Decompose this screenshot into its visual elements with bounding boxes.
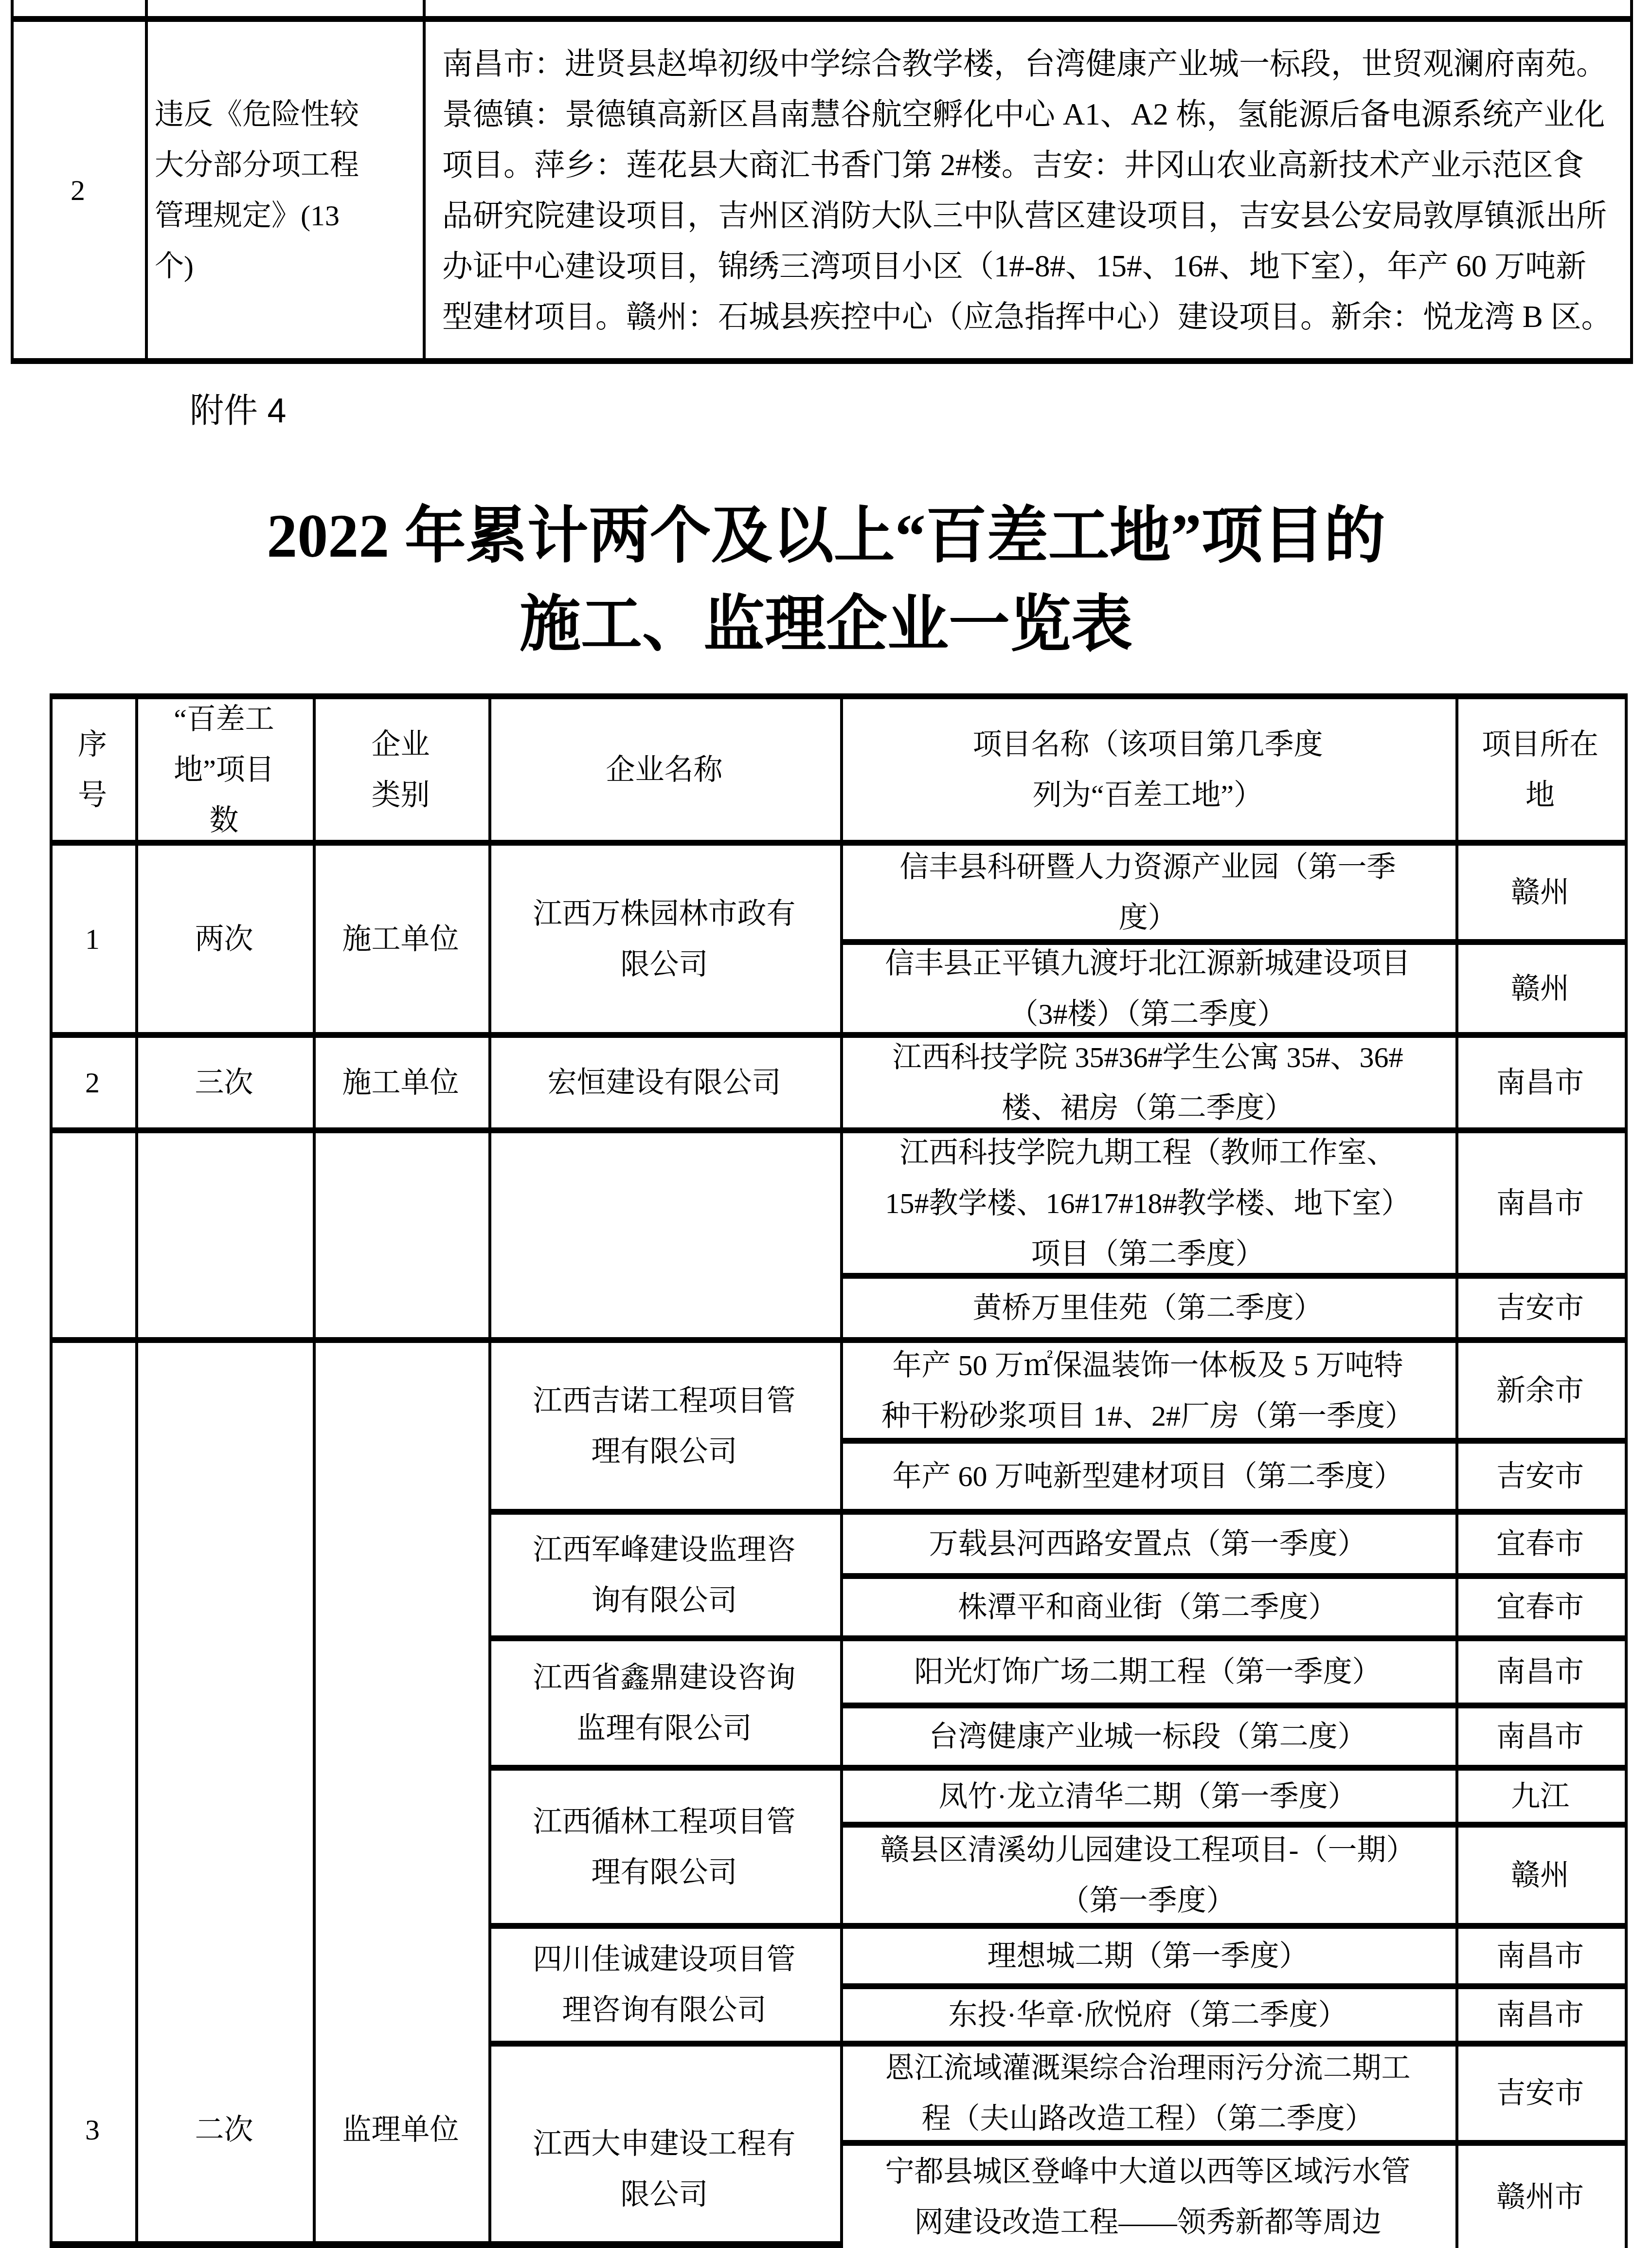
project-cell: 株潭平和商业街（第二季度） — [843, 1579, 1453, 1635]
category-cell — [316, 1133, 485, 1337]
count-value: 三次 — [195, 1057, 253, 1108]
document-page: 2 违反《危险性较大分部分项工程管理规定》(13 个) 南昌市：进贤县赵埠初级中… — [0, 0, 1652, 2248]
category-cell: 施工单位 — [316, 846, 485, 1032]
location-value: 吉安市 — [1496, 2068, 1584, 2119]
location-cell: 南昌市 — [1458, 1133, 1622, 1273]
category-value: 施工单位 — [342, 1057, 459, 1108]
location-value: 赣州 — [1511, 867, 1569, 918]
grid-line — [11, 358, 1633, 364]
location-cell: 赣州市 — [1458, 2146, 1622, 2248]
seq-cell — [53, 1133, 132, 1337]
project-cell: 东投·华章·欣悦府（第二季度） — [843, 1989, 1453, 2041]
category-value: 监理单位 — [342, 2104, 459, 2155]
project-cell: 江西科技学院 35#36#学生公寓 35#、36#楼、裙房（第二季度） — [843, 1038, 1453, 1127]
project-cell: 宁都县城区登峰中大道以西等区域污水管网建设改造工程——领秀新都等周边 — [843, 2146, 1453, 2248]
project-name: 阳光灯饰广场二期工程（第一季度） — [915, 1647, 1382, 1697]
header-count: “百差工地”项目数 — [163, 694, 285, 846]
grid-line — [50, 693, 1628, 699]
grid-line — [11, 16, 1633, 22]
location-cell: 赣州 — [1458, 1828, 1622, 1923]
grid-line — [840, 1983, 1628, 1989]
header-project-cell: 项目名称（该项目第几季度列为“百差工地”） — [843, 699, 1453, 840]
location-cell: 南昌市 — [1458, 1708, 1622, 1765]
grid-line — [488, 1509, 1628, 1515]
project-name: 黄桥万里佳苑（第二季度） — [973, 1283, 1323, 1333]
project-name: 台湾健康产业城一标段（第二度） — [929, 1711, 1367, 1762]
prev-table-projects-cell: 南昌市：进贤县赵埠初级中学综合教学楼，台湾健康产业城一标段，世贸观澜府南苑。景德… — [426, 22, 1627, 358]
count-cell: 两次 — [138, 846, 310, 1032]
location-value: 赣州 — [1511, 963, 1569, 1014]
location-value: 南昌市 — [1496, 1647, 1584, 1697]
location-value: 南昌市 — [1496, 1178, 1584, 1229]
location-value: 宜春市 — [1496, 1519, 1584, 1569]
header-category-cell: 企业类别 — [316, 699, 485, 840]
grid-line — [840, 1573, 1628, 1579]
company-name: 江西军峰建设监理咨询有限公司 — [529, 1524, 799, 1626]
grid-line — [488, 1765, 1628, 1771]
prev-table-row-number-cell: 2 — [14, 22, 142, 358]
location-value: 南昌市 — [1496, 1711, 1584, 1762]
project-name: 年产 60 万吨新型建材项目（第二季度） — [893, 1451, 1403, 1502]
header-project: 项目名称（该项目第几季度列为“百差工地”） — [961, 719, 1335, 820]
company-cell — [491, 1133, 837, 1337]
location-value: 南昌市 — [1496, 1990, 1584, 2040]
company-name: 江西万株园林市政有限公司 — [529, 888, 799, 990]
location-cell: 南昌市 — [1458, 1038, 1622, 1127]
project-cell: 理想城二期（第一季度） — [843, 1929, 1453, 1983]
location-cell: 南昌市 — [1458, 1641, 1622, 1703]
location-cell: 南昌市 — [1458, 1989, 1622, 2041]
company-cell: 江西省鑫鼎建设咨询监理有限公司 — [491, 1641, 837, 1765]
project-name: 信丰县科研暨人力资源产业园（第一季度） — [880, 842, 1416, 943]
company-cell: 江西循林工程项目管理有限公司 — [491, 1771, 837, 1923]
project-cell: 信丰县正平镇九渡圩北江源新城建设项目（3#楼）（第二季度） — [843, 945, 1453, 1032]
project-cell: 黄桥万里佳苑（第二季度） — [843, 1279, 1453, 1337]
location-cell: 赣州 — [1458, 945, 1622, 1032]
project-cell: 年产 50 万㎡保温装饰一体板及 5 万吨特种干粉砂浆项目 1#、2#厂房（第一… — [843, 1343, 1453, 1438]
prev-table-row-number: 2 — [71, 165, 85, 216]
location-value: 新余市 — [1496, 1365, 1584, 1416]
company-name: 江西大申建设工程有限公司 — [529, 2119, 799, 2220]
header-seq-cell: 序号 — [53, 699, 132, 840]
project-name: 宁都县城区登峰中大道以西等区域污水管网建设改造工程——领秀新都等周边 — [880, 2146, 1416, 2248]
location-value: 南昌市 — [1496, 1057, 1584, 1108]
location-value: 南昌市 — [1496, 1931, 1584, 1981]
grid-line — [488, 1635, 1628, 1641]
project-cell: 凤竹·龙立清华二期（第一季度） — [843, 1771, 1453, 1822]
header-count-cell: “百差工地”项目数 — [138, 699, 310, 840]
header-company: 企业名称 — [606, 744, 723, 795]
seq-cell: 1 — [53, 846, 132, 1032]
company-name: 宏恒建设有限公司 — [548, 1057, 781, 1108]
project-cell: 赣县区清溪幼儿园建设工程项目-（一期）（第一季度） — [843, 1828, 1453, 1923]
count-cell: 三次 — [138, 1038, 310, 1127]
header-category: 企业类别 — [369, 719, 432, 820]
project-name: 恩江流域灌溉渠综合治理雨污分流二期工程（夫山路改造工程）（第二季度） — [880, 2043, 1416, 2144]
company-cell: 江西吉诺工程项目管理有限公司 — [491, 1343, 837, 1509]
location-cell: 吉安市 — [1458, 1444, 1622, 1509]
project-cell: 万载县河西路安置点（第一季度） — [843, 1515, 1453, 1573]
location-cell: 南昌市 — [1458, 1929, 1622, 1983]
category-value: 施工单位 — [342, 914, 459, 964]
project-name: 理想城二期（第一季度） — [988, 1931, 1309, 1981]
category-cell: 施工单位 — [316, 1038, 485, 1127]
location-cell: 九江 — [1458, 1771, 1622, 1822]
location-value: 宜春市 — [1496, 1582, 1584, 1632]
company-name: 江西循林工程项目管理有限公司 — [529, 1796, 799, 1898]
header-location: 项目所在地 — [1479, 719, 1601, 820]
seq-value: 3 — [85, 2104, 100, 2155]
location-value: 吉安市 — [1496, 1451, 1584, 1502]
location-value: 赣州市 — [1496, 2172, 1584, 2222]
project-name: 江西科技学院 35#36#学生公寓 35#、36#楼、裙房（第二季度） — [880, 1032, 1416, 1133]
grid-line — [1625, 693, 1628, 2248]
header-seq: 序号 — [73, 719, 112, 820]
seq-cell: 2 — [53, 1038, 132, 1127]
location-cell: 赣州 — [1458, 846, 1622, 939]
location-value: 吉安市 — [1496, 1283, 1584, 1333]
company-cell: 江西大申建设工程有限公司 — [491, 2047, 837, 2248]
attachment-label: 附件 4 — [190, 383, 286, 433]
project-cell: 台湾健康产业城一标段（第二度） — [843, 1708, 1453, 1765]
project-name: 江西科技学院九期工程（教师工作室、15#教学楼、16#17#18#教学楼、地下室… — [880, 1127, 1416, 1279]
company-name: 四川佳诚建设项目管理咨询有限公司 — [529, 1934, 799, 2035]
count-cell — [138, 1133, 310, 1337]
prev-table-violation-category-cell: 违反《危险性较大分部分项工程管理规定》(13 个) — [148, 22, 427, 358]
project-cell: 恩江流域灌溉渠综合治理雨污分流二期工程（夫山路改造工程）（第二季度） — [843, 2047, 1453, 2140]
location-value: 九江 — [1511, 1771, 1569, 1822]
seq-value: 1 — [85, 914, 100, 964]
seq-cell: 3 — [53, 1343, 132, 2248]
company-cell: 四川佳诚建设项目管理咨询有限公司 — [491, 1929, 837, 2041]
project-cell: 阳光灯饰广场二期工程（第一季度） — [843, 1641, 1453, 1703]
company-cell: 宏恒建设有限公司 — [491, 1038, 837, 1127]
count-cell: 二次 — [138, 1343, 310, 2248]
location-cell: 吉安市 — [1458, 1279, 1622, 1337]
project-cell: 信丰县科研暨人力资源产业园（第一季度） — [843, 846, 1453, 939]
location-cell: 宜春市 — [1458, 1579, 1622, 1635]
count-value: 两次 — [195, 914, 253, 964]
project-cell: 年产 60 万吨新型建材项目（第二季度） — [843, 1444, 1453, 1509]
company-cell: 江西军峰建设监理咨询有限公司 — [491, 1515, 837, 1635]
company-name: 江西省鑫鼎建设咨询监理有限公司 — [521, 1652, 808, 1754]
company-name: 江西吉诺工程项目管理有限公司 — [529, 1376, 799, 1477]
seq-value: 2 — [85, 1057, 100, 1108]
location-cell: 新余市 — [1458, 1343, 1622, 1438]
location-cell: 吉安市 — [1458, 2047, 1622, 2140]
category-cell: 监理单位 — [316, 1343, 485, 2248]
location-value: 赣州 — [1511, 1850, 1569, 1901]
project-name: 株潭平和商业街（第二季度） — [958, 1582, 1338, 1632]
project-name: 赣县区清溪幼儿园建设工程项目-（一期）（第一季度） — [880, 1825, 1416, 1926]
prev-table-violation-category: 违反《危险性较大分部分项工程管理规定》(13 个) — [155, 89, 364, 291]
header-location-cell: 项目所在地 — [1458, 699, 1622, 840]
grid-line — [1630, 0, 1633, 364]
project-name: 东投·华章·欣悦府（第二季度） — [949, 1990, 1347, 2040]
prev-table-projects-text: 南昌市：进贤县赵埠初级中学综合教学楼，台湾健康产业城一标段，世贸观澜府南苑。景德… — [442, 38, 1613, 342]
count-value: 二次 — [195, 2104, 253, 2155]
project-name: 年产 50 万㎡保温装饰一体板及 5 万吨特种干粉砂浆项目 1#、2#厂房（第一… — [880, 1340, 1416, 1441]
doc-title-line1: 2022 年累计两个及以上“百差工地”项目的 — [0, 492, 1652, 581]
project-name: 万载县河西路安置点（第一季度） — [929, 1519, 1367, 1569]
doc-title-line2: 施工、监理企业一览表 — [0, 581, 1652, 670]
grid-line — [840, 1703, 1628, 1708]
project-cell: 江西科技学院九期工程（教师工作室、15#教学楼、16#17#18#教学楼、地下室… — [843, 1133, 1453, 1273]
header-company-cell: 企业名称 — [491, 699, 837, 840]
project-name: 信丰县正平镇九渡圩北江源新城建设项目（3#楼）（第二季度） — [880, 938, 1416, 1039]
company-cell: 江西万株园林市政有限公司 — [491, 846, 837, 1032]
project-name: 凤竹·龙立清华二期（第一季度） — [939, 1771, 1357, 1822]
location-cell: 宜春市 — [1458, 1515, 1622, 1573]
